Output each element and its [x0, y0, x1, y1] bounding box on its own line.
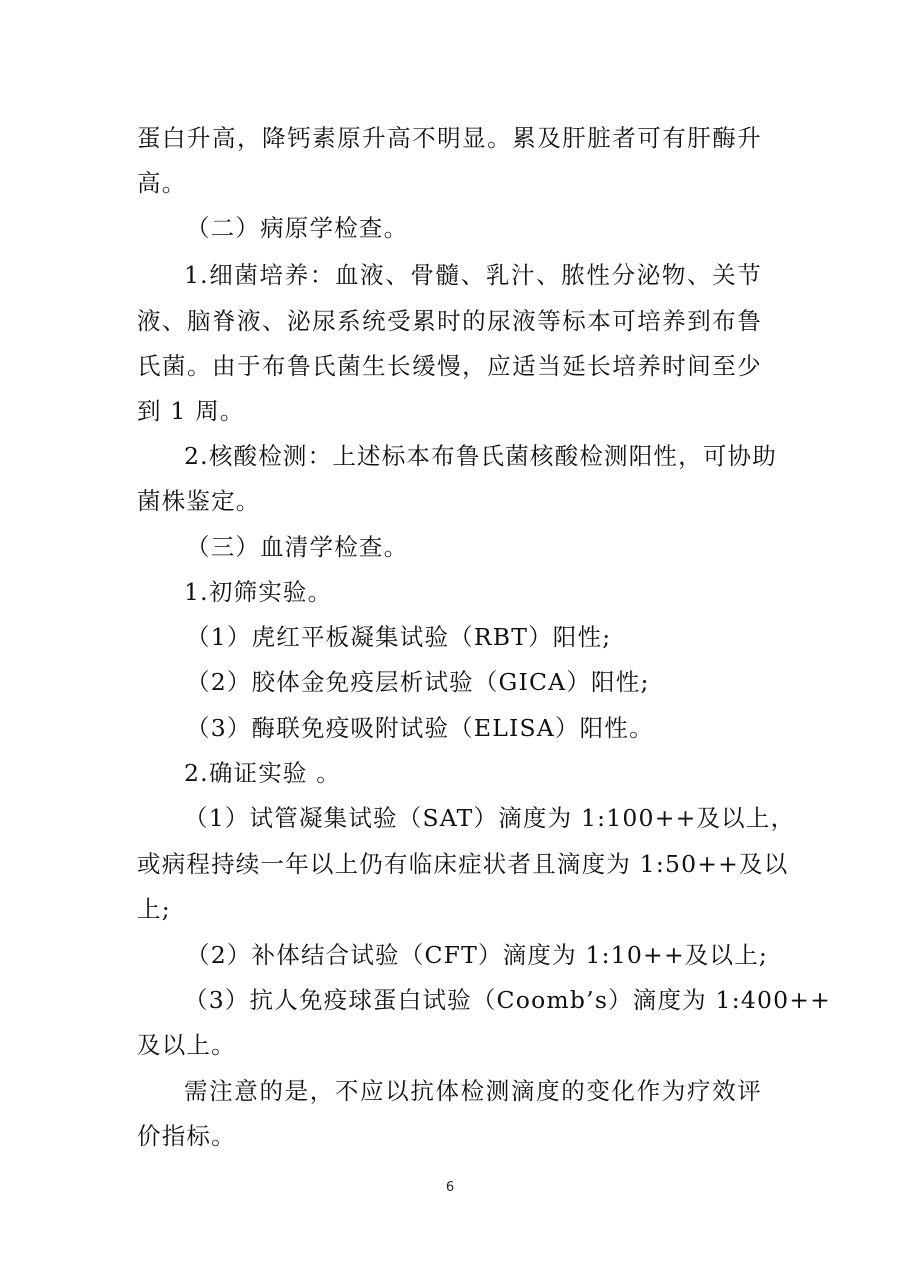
list-item-continuation: 上; — [137, 894, 171, 924]
document-page: 蛋白升高，降钙素原升高不明显。累及肝脏者可有肝酶升 高。 （二）病原学检查。 1… — [0, 0, 900, 1273]
subsection-heading-confirmatory: 2.确证实验 。 — [184, 758, 341, 788]
paragraph-line: 菌株鉴定。 — [137, 486, 261, 516]
list-item: （2）补体结合试验（CFT）滴度为 1:10++及以上; — [186, 940, 768, 970]
list-item: （1）试管凝集试验（SAT）滴度为 1:100++及以上， — [137, 803, 762, 833]
paragraph-line: 高。 — [137, 168, 186, 198]
page-number: 6 — [440, 1180, 460, 1195]
list-item: （3）抗人免疫球蛋白试验（Coomb’s）滴度为 1:400++ — [137, 985, 762, 1015]
paragraph-line: 到 1 周。 — [137, 396, 245, 426]
paragraph-line: 氏菌。由于布鲁氏菌生长缓慢，应适当延长培养时间至少 — [137, 351, 762, 381]
list-item-continuation: 或病程持续一年以上仍有临床症状者且滴度为 1:50++及以 — [137, 849, 762, 879]
section-heading-serology: （三）血清学检查。 — [186, 532, 408, 562]
paragraph-line: 价指标。 — [137, 1121, 236, 1151]
paragraph-line: 液、脑脊液、泌尿系统受累时的尿液等标本可培养到布鲁 — [137, 306, 762, 336]
paragraph-line: 1.细菌培养：血液、骨髓、乳汁、脓性分泌物、关节 — [137, 260, 762, 290]
list-item-continuation: 及以上。 — [137, 1030, 236, 1060]
paragraph-line: 蛋白升高，降钙素原升高不明显。累及肝脏者可有肝酶升 — [137, 123, 762, 153]
list-item: （3）酶联免疫吸附试验（ELISA）阳性。 — [186, 713, 654, 743]
subsection-heading-screening: 1.初筛实验。 — [184, 577, 332, 607]
list-item: （2）胶体金免疫层析试验（GICA）阳性; — [186, 667, 650, 697]
paragraph-line: 需注意的是，不应以抗体检测滴度的变化作为疗效评 — [137, 1076, 762, 1106]
section-heading-pathogen: （二）病原学检查。 — [186, 213, 408, 243]
paragraph-line: 2.核酸检测：上述标本布鲁氏菌核酸检测阳性，可协助 — [137, 441, 762, 471]
list-item: （1）虎红平板凝集试验（RBT）阳性; — [186, 622, 611, 652]
